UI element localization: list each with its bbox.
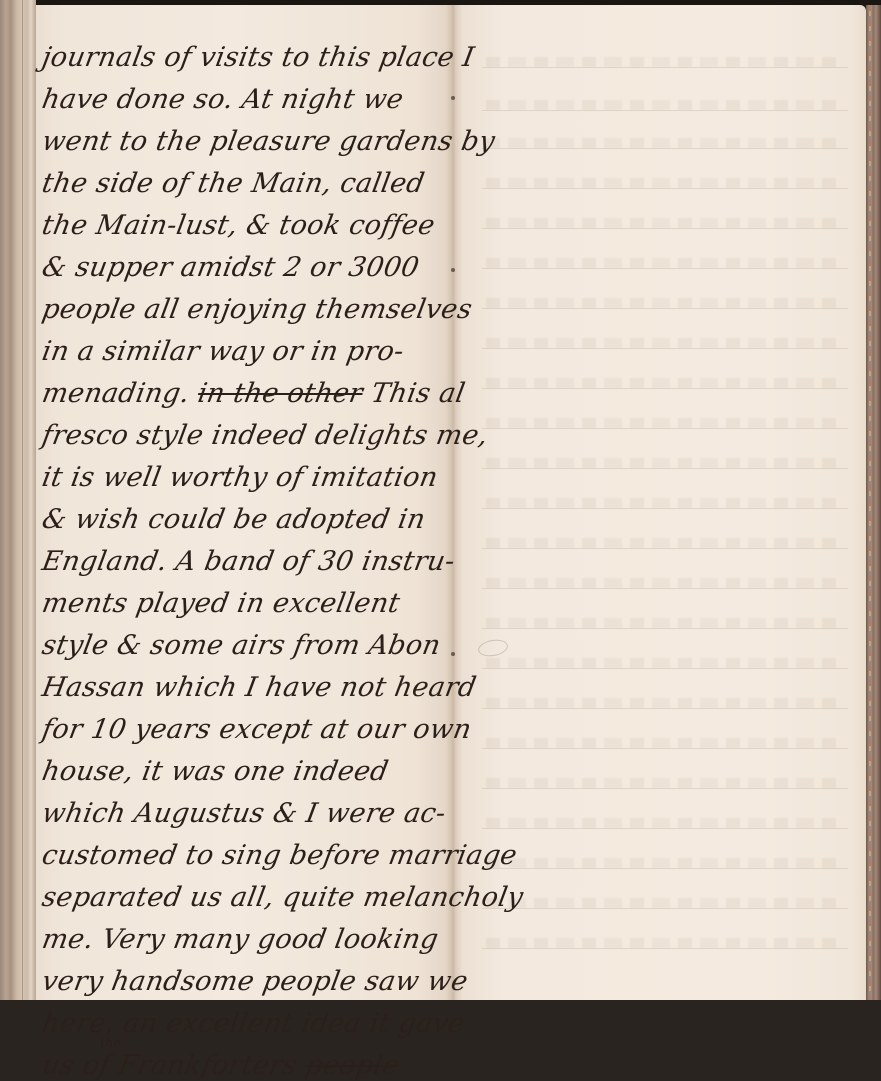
ruled-line xyxy=(482,428,848,429)
right-page-block-edge xyxy=(866,5,881,1000)
ruled-line xyxy=(482,388,848,389)
ruled-line xyxy=(482,110,848,111)
text-line: the Main-lust, & took coffee xyxy=(40,212,437,239)
show-through-text xyxy=(486,738,844,748)
text-line: menading. in the other This al xyxy=(40,380,467,407)
text-line: separated us all, quite melancholy xyxy=(40,884,525,911)
ruled-line xyxy=(482,508,848,509)
text-line: very handsome people saw we xyxy=(40,968,470,995)
text-line: the side of the Main, called xyxy=(40,170,427,197)
ruled-line xyxy=(482,908,848,909)
text-line: England. A band of 30 instru- xyxy=(40,548,457,575)
ruled-line xyxy=(482,868,848,869)
show-through-text xyxy=(486,57,844,67)
notebook-spread: journals of visits to this place I have … xyxy=(0,0,881,1000)
text-line: & supper amidst 2 or 3000 xyxy=(40,254,421,281)
text-line: Hassan which I have not heard xyxy=(40,674,478,701)
text-line: & wish could be adopted in xyxy=(40,506,428,533)
text-line: journals of visits to this place I xyxy=(40,44,476,71)
stitch-mark xyxy=(451,96,455,100)
ruled-line xyxy=(482,67,848,68)
struck-text: in the other xyxy=(195,378,365,409)
text-line: which Augustus & I were ac- xyxy=(40,800,448,827)
stitch-mark xyxy=(451,268,455,272)
show-through-text xyxy=(486,898,844,908)
show-through-text xyxy=(486,538,844,548)
show-through-text xyxy=(486,178,844,188)
show-through-text xyxy=(486,698,844,708)
ruled-line xyxy=(482,348,848,349)
show-through-text xyxy=(486,258,844,268)
ruled-line xyxy=(482,828,848,829)
ruled-line xyxy=(482,268,848,269)
text-segment: menading. xyxy=(40,378,201,409)
ruled-line xyxy=(482,188,848,189)
ruled-line xyxy=(482,668,848,669)
text-line: went to the pleasure gardens by xyxy=(40,128,497,155)
show-through-text xyxy=(486,298,844,308)
text-line: customed to sing before marriage xyxy=(40,842,519,869)
ruled-line xyxy=(482,588,848,589)
text-segment: This al xyxy=(360,378,468,409)
ruled-line xyxy=(482,748,848,749)
show-through-text xyxy=(486,658,844,668)
text-line: have done so. At night we xyxy=(40,86,406,113)
ruled-line xyxy=(482,548,848,549)
text-line: in a similar way or in pro- xyxy=(40,338,406,365)
text-line: ments played in excellent xyxy=(40,590,402,617)
ruled-line xyxy=(482,148,848,149)
ruled-line xyxy=(482,788,848,789)
show-through-text xyxy=(486,338,844,348)
show-through-text xyxy=(486,100,844,110)
show-through-text xyxy=(486,218,844,228)
show-through-text xyxy=(486,418,844,428)
text-line: house, it was one indeed xyxy=(40,758,390,785)
show-through-text xyxy=(486,138,844,148)
ruled-line xyxy=(482,708,848,709)
text-line: me. Very many good looking xyxy=(40,926,440,953)
text-line: it is well worthy of imitation xyxy=(40,464,440,491)
text-line: fresco style indeed delights me, xyxy=(40,422,490,449)
show-through-text xyxy=(486,778,844,788)
ruled-line xyxy=(482,308,848,309)
stitch-mark xyxy=(451,652,455,656)
ruled-line xyxy=(482,468,848,469)
show-through-text xyxy=(486,818,844,828)
ruled-line xyxy=(482,628,848,629)
show-through-text xyxy=(486,618,844,628)
show-through-text xyxy=(486,498,844,508)
show-through-text xyxy=(486,378,844,388)
left-binding-edge xyxy=(0,0,36,1000)
show-through-text xyxy=(486,858,844,868)
text-line: people all enjoying themselves xyxy=(40,296,474,323)
right-page xyxy=(462,5,866,1000)
ruled-line xyxy=(482,228,848,229)
show-through-text xyxy=(486,938,844,948)
show-through-text xyxy=(486,458,844,468)
text-line: for 10 years except at our own xyxy=(40,716,474,743)
ruled-line xyxy=(482,948,848,949)
show-through-text xyxy=(486,578,844,588)
text-line: style & some airs from Abon xyxy=(40,632,443,659)
